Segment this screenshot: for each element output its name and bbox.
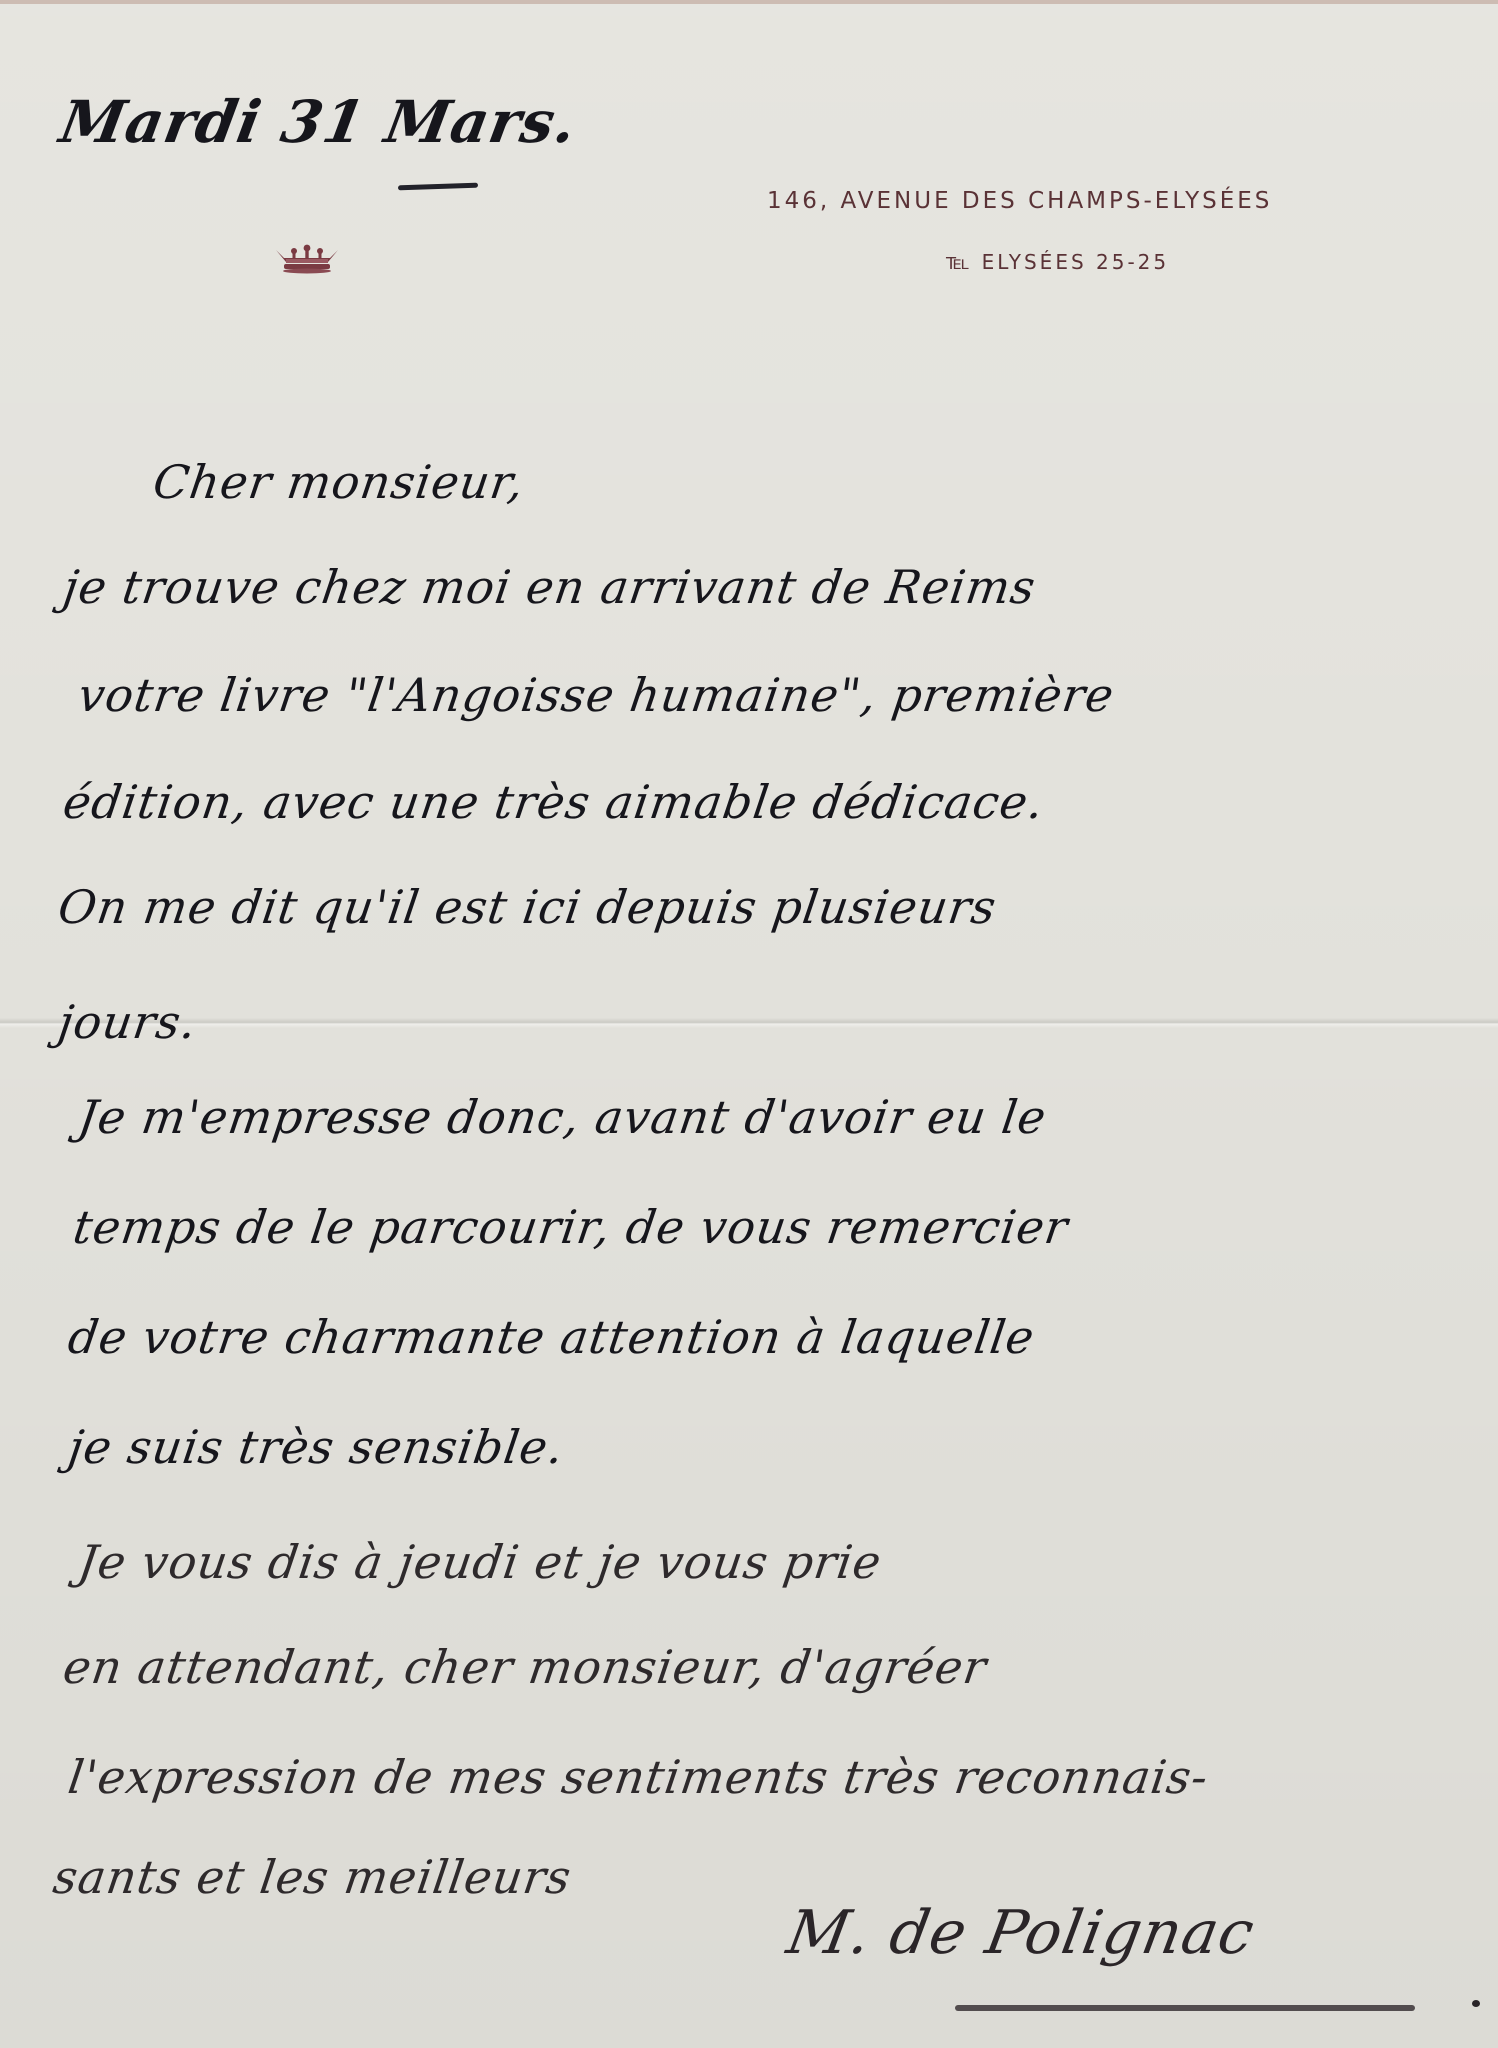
letter-page: Mardi 31 Mars. 146, AVENUE DES CHAMPS-EL… (0, 0, 1498, 2048)
letter-line: l'expression de mes sentiments très reco… (65, 1750, 1212, 1804)
letter-line: je suis très sensible. (65, 1420, 568, 1474)
letter-line: sants et les meilleurs (50, 1850, 575, 1904)
letter-line: en attendant, cher monsieur, d'agréer (60, 1640, 990, 1694)
signature-dot (1472, 2000, 1480, 2007)
crown-icon (272, 242, 342, 276)
signature: M. de Polignac (782, 1898, 1260, 1968)
letter-salutation: Cher monsieur, (150, 455, 528, 509)
letter-line: je trouve chez moi en arrivant de Reims (60, 560, 1039, 614)
date-underline (398, 183, 478, 191)
letter-line: édition, avec une très aimable dédicace. (60, 775, 1048, 829)
letter-line: votre livre "l'Angoisse humaine", premiè… (75, 668, 1118, 722)
letter-line: temps de le parcourir, de vous remercier (70, 1200, 1072, 1254)
letter-line: jours. (55, 995, 200, 1049)
letter-date: Mardi 31 Mars. (55, 88, 582, 156)
telephone-number: ELYSÉES 25-25 (982, 250, 1169, 274)
letter-line: Je m'empresse donc, avant d'avoir eu le (75, 1090, 1050, 1144)
letter-line: Je vous dis à jeudi et je vous prie (75, 1535, 885, 1589)
letterhead-address: 146, AVENUE DES CHAMPS-ELYSÉES (767, 188, 1272, 214)
signature-underline (955, 2005, 1415, 2011)
letterhead-telephone: ℡ELYSÉES 25-25 (946, 250, 1169, 275)
letter-line: de votre charmante attention à laquelle (65, 1310, 1038, 1364)
paper-fold-crease (0, 1018, 1498, 1028)
letter-line: On me dit qu'il est ici depuis plusieurs (55, 880, 1000, 934)
telephone-icon: ℡ (946, 250, 970, 275)
paper-top-edge (0, 0, 1498, 4)
